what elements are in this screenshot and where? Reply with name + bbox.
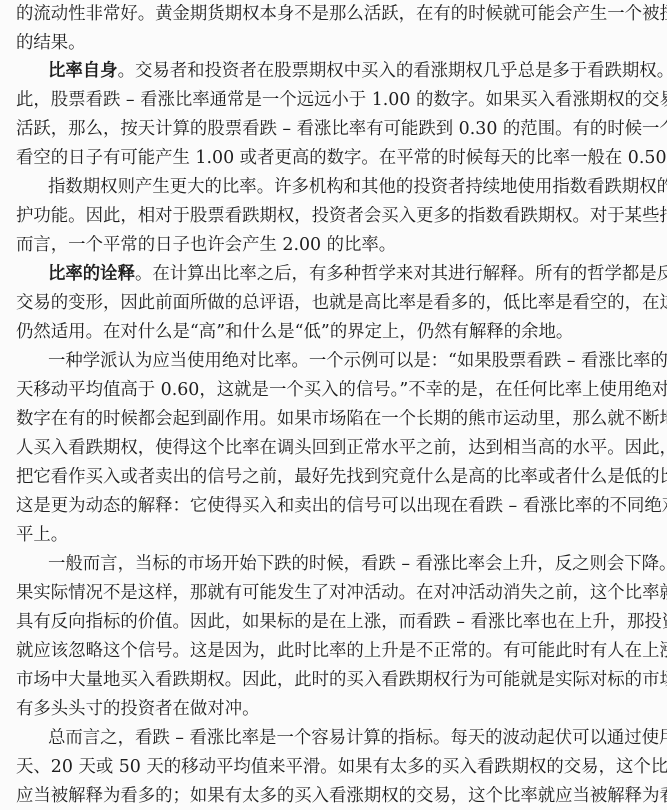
text-line: 把它看作买入或者卖出的信号之前，最好先找到究竟什么是高的比率或者什么是低的比率。 <box>16 463 656 492</box>
text-line: 的结果。 <box>16 29 656 58</box>
text-line: 仍然适用。在对什么是“高”和什么是“低”的界定上，仍然有解释的余地。 <box>16 318 656 347</box>
text-line: 此，股票看跌 – 看涨比率通常是一个远远小于 1.00 的数字。如果买入看涨期权… <box>16 86 656 115</box>
text-line: 应当被解释为看多的；如果有太多的买入看涨期权的交易，这个比率就应当被解释为看空 <box>16 782 656 810</box>
text-line: 就应该忽略这个信号。这是因为，此时比率的上升是不正常的。有可能此时有人在上涨的 <box>16 637 656 666</box>
text-line: 看空的日子有可能产生 1.00 或者更高的数字。在平常的时候每天的比率一般在 0… <box>16 144 656 173</box>
text-run: 。交易者和投资者在股票期权中买入的看涨期权几乎总是多于看跌期权。因 <box>118 61 667 81</box>
text-line: 而言，一个平常的日子也许会产生 2.00 的比率。 <box>16 231 656 260</box>
section-heading: 比率的诠释 <box>48 264 135 284</box>
text-line: 一般而言，当标的市场开始下跌的时候，看跌 – 看涨比率会上升，反之则会下降。如 <box>48 550 656 579</box>
text-line: 一种学派认为应当使用绝对比率。一个示例可以是：“如果股票看跌 – 看涨比率的 1… <box>48 347 656 376</box>
text-line: 这是更为动态的解释：它使得买入和卖出的信号可以出现在看跌 – 看涨比率的不同绝对… <box>16 492 656 521</box>
text-line: 的流动性非常好。黄金期货期权本身不是那么活跃，在有的时候就可能会产生一个被扭曲 <box>16 0 656 29</box>
text-line: 总而言之，看跌 – 看涨比率是一个容易计算的指标。每天的波动起伏可以通过使用 1… <box>48 724 656 753</box>
text-line: 交易的变形，因此前面所做的总评语，也就是高比率是看多的，低比率是看空的，在这里 <box>16 289 656 318</box>
text-line: 有多头头寸的投资者在做对冲。 <box>16 695 656 724</box>
text-line: 人买入看跌期权，使得这个比率在调头回到正常水平之前，达到相当高的水平。因此，在 <box>16 434 656 463</box>
text-line: 具有反向指标的价值。因此，如果标的是在上涨，而看跌 – 看涨比率也在上升，那投资… <box>16 608 656 637</box>
text-line: 天、20 天或 50 天的移动平均值来平滑。如果有太多的买入看跌期权的交易，这个… <box>16 753 656 782</box>
text-line: 市场中大量地买入看跌期权。因此，此时的买入看跌期权行为可能就是实际对标的市场持 <box>16 666 656 695</box>
text-line: 平上。 <box>16 521 656 550</box>
document-page: 的流动性非常好。黄金期货期权本身不是那么活跃，在有的时候就可能会产生一个被扭曲 … <box>0 0 667 810</box>
text-line: 果实际情况不是这样，那就有可能发生了对冲活动。在对冲活动消失之前，这个比率就不 <box>16 579 656 608</box>
text-run: 。在计算出比率之后，有多种哲学来对其进行解释。所有的哲学都是反向 <box>135 264 667 284</box>
section-heading: 比率自身 <box>48 61 118 81</box>
text-line: 天移动平均值高于 0.60，这就是一个买入的信号。”不幸的是，在任何比率上使用绝… <box>16 376 656 405</box>
text-line: 比率的诠释。在计算出比率之后，有多种哲学来对其进行解释。所有的哲学都是反向 <box>48 260 656 289</box>
text-line: 数字在有的时候都会起到副作用。如果市场陷在一个长期的熊市运动里，那么就不断地有 <box>16 405 656 434</box>
text-line: 比率自身。交易者和投资者在股票期权中买入的看涨期权几乎总是多于看跌期权。因 <box>48 57 656 86</box>
text-line: 指数期权则产生更大的比率。许多机构和其他的投资者持续地使用指数看跌期权的保 <box>48 173 656 202</box>
text-line: 护功能。因此，相对于股票看跌期权，投资者会买入更多的指数看跌期权。对于某些指数 <box>16 202 656 231</box>
text-line: 活跃，那么，按天计算的股票看跌 – 看涨比率有可能跌到 0.30 的范围。有的时… <box>16 115 656 144</box>
